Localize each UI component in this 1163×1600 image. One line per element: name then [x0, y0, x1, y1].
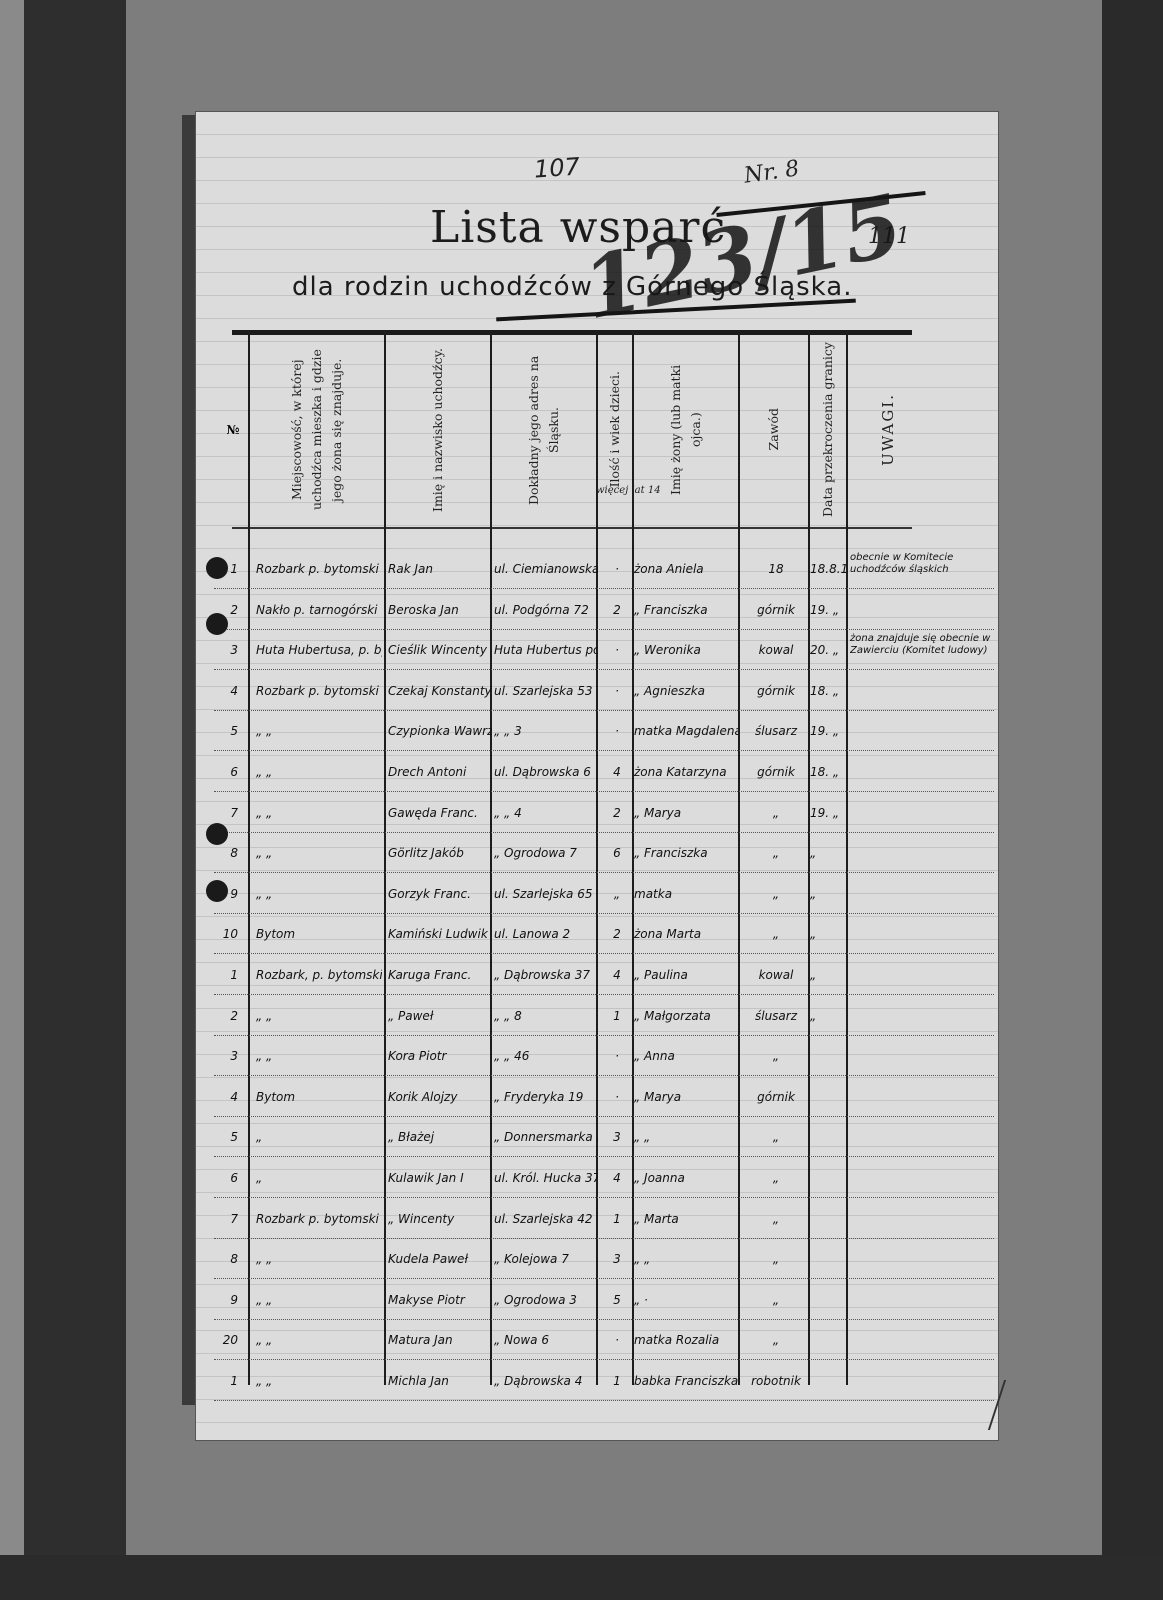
name-cell: Czekaj Konstanty	[388, 684, 492, 698]
place-cell: „ „	[256, 724, 382, 738]
row-number: 2	[214, 1009, 238, 1023]
wife-cell: „ Franciszka	[634, 846, 738, 860]
children-cell: ·	[602, 562, 632, 576]
border-date-cell: „	[810, 846, 848, 860]
children-cell: 1	[602, 1009, 632, 1023]
place-cell: Bytom	[256, 1090, 382, 1104]
header-bottom-rule	[232, 527, 912, 529]
border-date-cell: „	[810, 927, 848, 941]
wife-cell: „ Małgorzata	[634, 1009, 738, 1023]
occupation-cell: robotnik	[744, 1374, 808, 1388]
occupation-cell: „	[744, 806, 808, 820]
row-number: 9	[214, 1293, 238, 1307]
border-date-cell: „	[810, 1009, 848, 1023]
children-cell: ·	[602, 684, 632, 698]
wife-cell: „ „	[634, 1252, 738, 1266]
border-date-cell: 19. „	[810, 724, 848, 738]
table-row: 20„ „Matura Jan„ Nowa 6·matka Rozalia„	[214, 1321, 994, 1360]
table-row: 2Nakło p. tarnogórskiBeroska Janul. Podg…	[214, 591, 994, 630]
table-row: 8„ „Kudela Paweł„ Kolejowa 73„ „„	[214, 1240, 994, 1279]
border-date-cell: 18. „	[810, 684, 848, 698]
page-number: 107	[533, 152, 581, 183]
address-cell: „ „ 3	[494, 724, 598, 738]
occupation-cell: „	[744, 846, 808, 860]
address-cell: „ Dąbrowska 37	[494, 968, 598, 982]
row-number: 10	[214, 927, 238, 941]
address-cell: ul. Lanowa 2	[494, 927, 598, 941]
children-cell: 3	[602, 1130, 632, 1144]
address-cell: ul. Ciemianowska nr. 9	[494, 562, 598, 576]
address-cell: ul. Szarlejska 42	[494, 1212, 598, 1226]
name-cell: Gorzyk Franc.	[388, 887, 492, 901]
occupation-cell: górnik	[744, 1090, 808, 1104]
punch-hole	[206, 557, 228, 579]
table-row: 9„ „Makyse Piotr„ Ogrodowa 35„ ·„	[214, 1281, 994, 1320]
row-number: 8	[214, 1252, 238, 1266]
border-date-cell: 20. „	[810, 643, 848, 657]
address-cell: „ „ 46	[494, 1049, 598, 1063]
name-cell: Gawęda Franc.	[388, 806, 492, 820]
wife-cell: „ Marya	[634, 1090, 738, 1104]
wife-cell: „ Paulina	[634, 968, 738, 982]
address-cell: „ „ 8	[494, 1009, 598, 1023]
occupation-cell: kowal	[744, 643, 808, 657]
occupation-cell: 18	[744, 562, 808, 576]
table-row: 10BytomKamiński Ludwikul. Lanowa 22żona …	[214, 915, 994, 954]
border-date-cell: „	[810, 968, 848, 982]
name-cell: „ Wincenty	[388, 1212, 492, 1226]
children-cell: 2	[602, 806, 632, 820]
wife-cell: matka Magdalena	[634, 724, 738, 738]
children-cell: ·	[602, 1090, 632, 1104]
name-cell: Karuga Franc.	[388, 968, 492, 982]
address-cell: Huta Hubertus pow. bytomski	[494, 643, 598, 657]
place-cell: „	[256, 1171, 382, 1185]
punch-hole	[206, 613, 228, 635]
table-row: 3„ „Kora Piotr„ „ 46·„ Anna„	[214, 1037, 994, 1076]
address-cell: „ Ogrodowa 3	[494, 1293, 598, 1307]
table-row: 4BytomKorik Alojzy„ Fryderyka 19·„ Marya…	[214, 1078, 994, 1117]
children-cell: ·	[602, 643, 632, 657]
row-number: 1	[214, 968, 238, 982]
address-cell: ul. Podgórna 72	[494, 603, 598, 617]
header-notes: UWAGI.	[848, 337, 928, 522]
occupation-cell: „	[744, 1049, 808, 1063]
place-cell: „ „	[256, 887, 382, 901]
row-number: 3	[214, 1049, 238, 1063]
row-number: 6	[214, 1171, 238, 1185]
header-occupation: Zawód	[740, 337, 808, 522]
wife-cell: „ Anna	[634, 1049, 738, 1063]
children-cell: 3	[602, 1252, 632, 1266]
place-cell: „ „	[256, 765, 382, 779]
border-date-cell: 18. „	[810, 765, 848, 779]
name-cell: Korik Alojzy	[388, 1090, 492, 1104]
row-number: 5	[214, 724, 238, 738]
name-cell: Kamiński Ludwik	[388, 927, 492, 941]
place-cell: „ „	[256, 1009, 382, 1023]
border-date-cell: „	[810, 887, 848, 901]
right-dark-band	[1102, 0, 1163, 1600]
row-number: 3	[214, 643, 238, 657]
occupation-cell: „	[744, 927, 808, 941]
name-cell: Görlitz Jakób	[388, 846, 492, 860]
place-cell: „ „	[256, 1049, 382, 1063]
wife-cell: „ Agnieszka	[634, 684, 738, 698]
table-row: 9„ „Gorzyk Franc.ul. Szarlejska 65„matka…	[214, 875, 994, 914]
table-row: 6„Kulawik Jan Iul. Król. Hucka 374„ Joan…	[214, 1159, 994, 1198]
row-number: 4	[214, 1090, 238, 1104]
occupation-cell: „	[744, 1333, 808, 1347]
address-cell: „ Ogrodowa 7	[494, 846, 598, 860]
wife-cell: „ „	[634, 1130, 738, 1144]
children-cell: ·	[602, 1333, 632, 1347]
place-cell: Nakło p. tarnogórski	[256, 603, 382, 617]
address-cell: ul. Król. Hucka 37	[494, 1171, 598, 1185]
table-row: 7Rozbark p. bytomski„ Wincentyul. Szarle…	[214, 1200, 994, 1239]
row-number: 8	[214, 846, 238, 860]
occupation-cell: „	[744, 887, 808, 901]
name-cell: Kulawik Jan I	[388, 1171, 492, 1185]
place-cell: „ „	[256, 806, 382, 820]
folder-edge	[182, 115, 196, 1405]
border-date-cell: 19. „	[810, 806, 848, 820]
table-row: 1„ „Michla Jan„ Dąbrowska 41babka Franci…	[214, 1362, 994, 1401]
children-cell: 2	[602, 927, 632, 941]
header-address: Dokładny jego adres na Śląsku.	[492, 337, 596, 522]
place-cell: „ „	[256, 1374, 382, 1388]
children-cell: 5	[602, 1293, 632, 1307]
notes-cell: żona znajduje się obecnie w Zawierciu (K…	[850, 633, 1000, 657]
row-number: 7	[214, 1212, 238, 1226]
border-date-cell: 18.8.19	[810, 562, 848, 576]
table-row: 1Rozbark p. bytomskiRak Janul. Ciemianow…	[214, 550, 994, 589]
name-cell: Matura Jan	[388, 1333, 492, 1347]
place-cell: Rozbark p. bytomski	[256, 562, 382, 576]
place-cell: Rozbark, p. bytomski	[256, 968, 382, 982]
row-number: 7	[214, 806, 238, 820]
name-cell: Czypionka Wawrzyniec	[388, 724, 492, 738]
punch-hole	[206, 823, 228, 845]
occupation-cell: górnik	[744, 603, 808, 617]
header-border-date: Data przekroczenia granicy	[810, 337, 846, 522]
row-number: 4	[214, 684, 238, 698]
occupation-cell: górnik	[744, 765, 808, 779]
children-cell: 2	[602, 603, 632, 617]
name-cell: Makyse Piotr	[388, 1293, 492, 1307]
address-cell: ul. Szarlejska 53	[494, 684, 598, 698]
name-cell: Kudela Paweł	[388, 1252, 492, 1266]
children-cell: 6	[602, 846, 632, 860]
children-cell: ·	[602, 724, 632, 738]
table-row: 8„ „Görlitz Jakób„ Ogrodowa 76„ Francisz…	[214, 834, 994, 873]
occupation-cell: „	[744, 1130, 808, 1144]
name-cell: „ Paweł	[388, 1009, 492, 1023]
wife-cell: „ Joanna	[634, 1171, 738, 1185]
row-number: 5	[214, 1130, 238, 1144]
children-cell: 1	[602, 1212, 632, 1226]
place-cell: Rozbark p. bytomski	[256, 684, 382, 698]
table-row: 4Rozbark p. bytomskiCzekaj Konstantyul. …	[214, 672, 994, 711]
address-cell: „ Fryderyka 19	[494, 1090, 598, 1104]
header-place: Miejscowość, w której uchodźca mieszka i…	[250, 337, 384, 522]
address-cell: ul. Dąbrowska 6	[494, 765, 598, 779]
address-cell: „ „ 4	[494, 806, 598, 820]
place-cell: Huta Hubertusa, p. bytomski	[256, 643, 382, 657]
children-cell: 1	[602, 1374, 632, 1388]
address-cell: „ Kolejowa 7	[494, 1252, 598, 1266]
wife-cell: matka Rozalia	[634, 1333, 738, 1347]
punch-hole	[206, 880, 228, 902]
wife-cell: „ Marta	[634, 1212, 738, 1226]
occupation-cell: kowal	[744, 968, 808, 982]
wife-cell: „ Marya	[634, 806, 738, 820]
wife-cell: „ Weronika	[634, 643, 738, 657]
table-row: 3Huta Hubertusa, p. bytomskiCieślik Winc…	[214, 631, 994, 670]
children-cell: „	[602, 887, 632, 901]
children-cell: 4	[602, 765, 632, 779]
address-cell: „ Donnersmarka nr. 10	[494, 1130, 598, 1144]
table-row: 5„„ Błażej„ Donnersmarka nr. 103„ „„	[214, 1118, 994, 1157]
place-cell: Rozbark p. bytomski	[256, 1212, 382, 1226]
children-cell: ·	[602, 1049, 632, 1063]
wife-cell: żona Aniela	[634, 562, 738, 576]
name-cell: Drech Antoni	[388, 765, 492, 779]
place-cell: „ „	[256, 846, 382, 860]
archive-annotation: Nr. 8	[743, 156, 801, 188]
occupation-cell: ślusarz	[744, 724, 808, 738]
occupation-cell: „	[744, 1212, 808, 1226]
name-cell: Kora Piotr	[388, 1049, 492, 1063]
wife-cell: żona Marta	[634, 927, 738, 941]
table-row: 1Rozbark, p. bytomskiKaruga Franc.„ Dąbr…	[214, 956, 994, 995]
left-dark-band	[24, 0, 126, 1600]
occupation-cell: „	[744, 1171, 808, 1185]
wife-cell: żona Katarzyna	[634, 765, 738, 779]
table-row: 6„ „Drech Antoniul. Dąbrowska 64żona Kat…	[214, 753, 994, 792]
header-name: Imię i nazwisko uchodźcy.	[386, 337, 490, 522]
children-cell: 4	[602, 1171, 632, 1185]
address-cell: ul. Szarlejska 65	[494, 887, 598, 901]
name-cell: Cieślik Wincenty	[388, 643, 492, 657]
name-cell: Beroska Jan	[388, 603, 492, 617]
table-row: 5„ „Czypionka Wawrzyniec„ „ 3·matka Magd…	[214, 712, 994, 751]
place-cell: „ „	[256, 1293, 382, 1307]
table-row: 7„ „Gawęda Franc.„ „ 42„ Marya„19. „	[214, 794, 994, 833]
address-cell: „ Dąbrowska 4	[494, 1374, 598, 1388]
occupation-cell: górnik	[744, 684, 808, 698]
name-cell: Michla Jan	[388, 1374, 492, 1388]
wife-cell: „ Franciszka	[634, 603, 738, 617]
place-cell: „ „	[256, 1333, 382, 1347]
document-page: 107 Nr. 8 111 Lista wsparć dla rodzin uc…	[196, 112, 998, 1440]
children-cell: 4	[602, 968, 632, 982]
wife-cell: „ ·	[634, 1293, 738, 1307]
place-cell: „	[256, 1130, 382, 1144]
wife-cell: babka Franciszka Nagło	[634, 1374, 738, 1388]
table-row: 2„ „„ Paweł„ „ 81„ Małgorzataślusarz„	[214, 997, 994, 1036]
table-top-rule	[232, 330, 912, 335]
bottom-dark-band	[0, 1555, 1163, 1600]
address-cell: „ Nowa 6	[494, 1333, 598, 1347]
row-number: 20	[214, 1333, 238, 1347]
occupation-cell: „	[744, 1293, 808, 1307]
place-cell: Bytom	[256, 927, 382, 941]
place-cell: „ „	[256, 1252, 382, 1266]
wife-cell: matka	[634, 887, 738, 901]
border-date-cell: 19. „	[810, 603, 848, 617]
row-number: 1	[214, 1374, 238, 1388]
occupation-cell: „	[744, 1252, 808, 1266]
header-wife: Imię żony (lub matki ojca.)	[634, 337, 738, 522]
name-cell: Rak Jan	[388, 562, 492, 576]
notes-cell: obecnie w Komitecie uchodźców śląskich	[850, 552, 1000, 576]
header-number: №	[218, 337, 248, 522]
name-cell: „ Błażej	[388, 1130, 492, 1144]
occupation-cell: ślusarz	[744, 1009, 808, 1023]
row-number: 6	[214, 765, 238, 779]
